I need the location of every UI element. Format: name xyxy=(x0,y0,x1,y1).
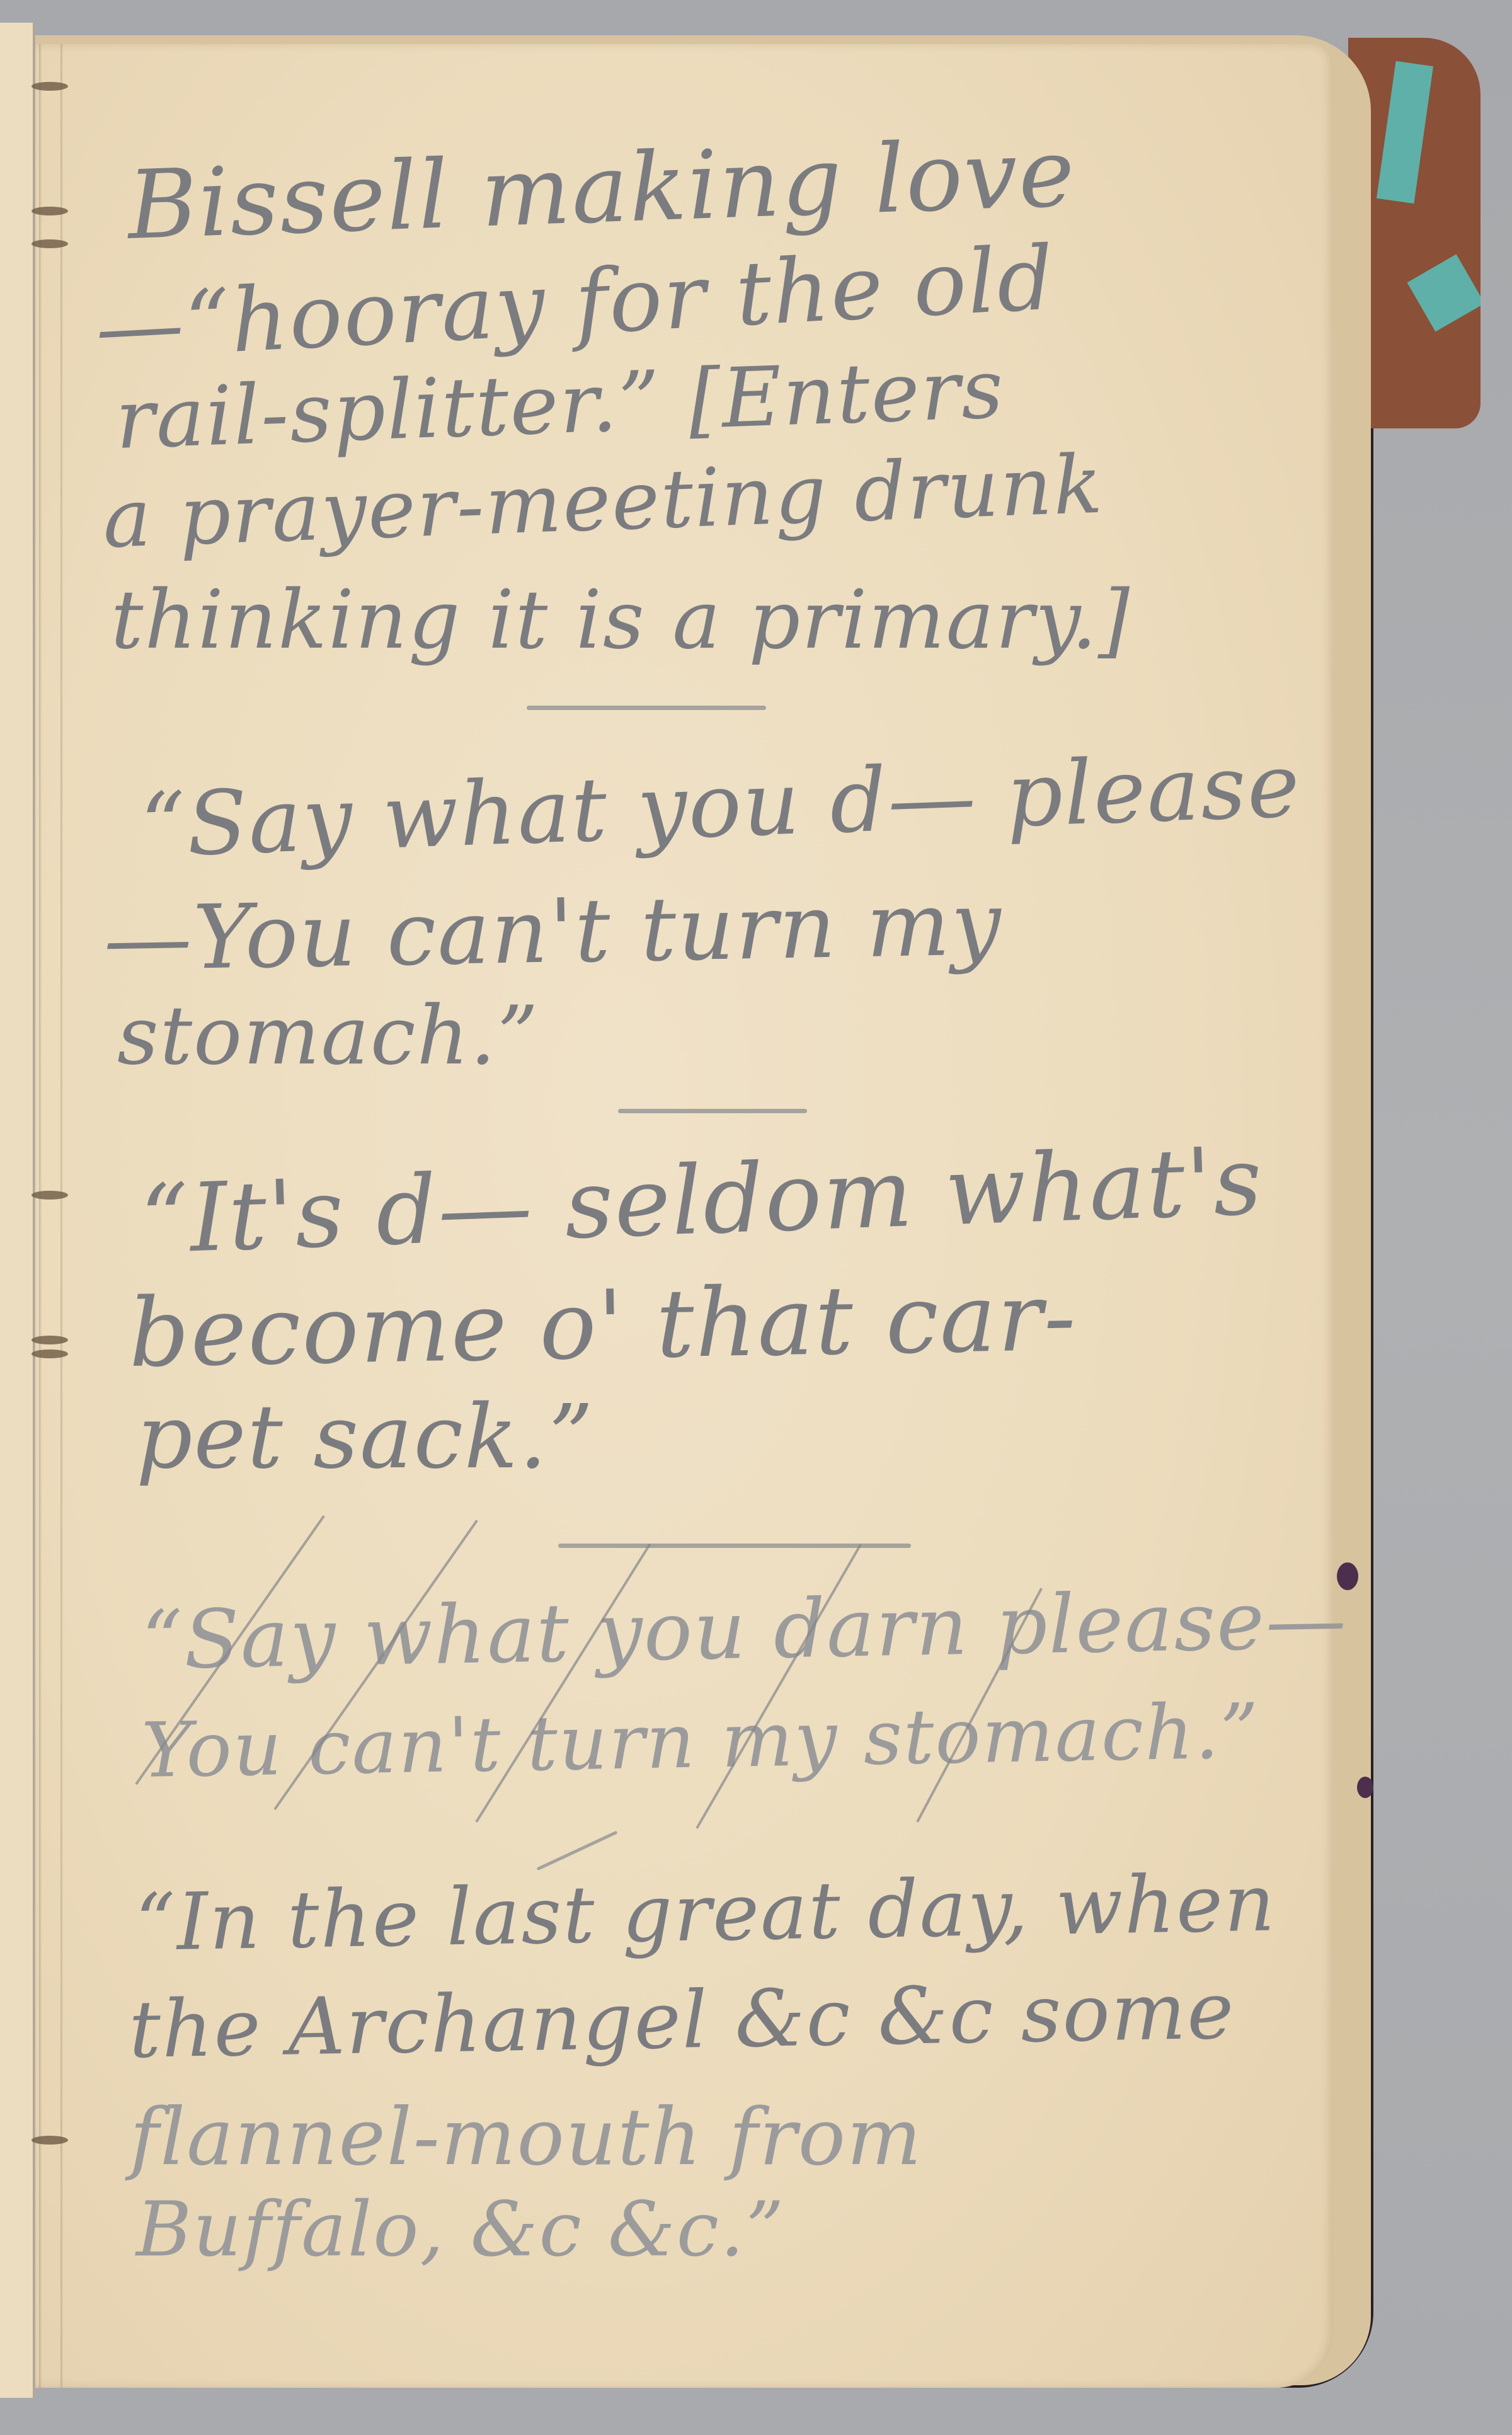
section-divider xyxy=(537,1831,618,1871)
facing-page-edge xyxy=(0,23,34,2398)
entry-5-line-3: flannel-mouth from xyxy=(130,2092,923,2183)
entry-3-line-1: “It's d— seldom what's xyxy=(139,1126,1265,1275)
entry-5-line-2: the Archangel &c &c some xyxy=(128,1965,1235,2076)
entry-2-line-2: —You can't turn my xyxy=(103,873,1003,991)
entry-3-line-2: become o' that car- xyxy=(128,1263,1078,1389)
binding-stitch xyxy=(31,1191,68,1200)
binding-stitch xyxy=(31,1336,68,1344)
entry-5-line-4: Buffalo, &c &c.” xyxy=(136,2186,785,2274)
binding-stitch xyxy=(31,1349,68,1358)
marbled-cover-patch xyxy=(1377,61,1433,203)
scan-background: Bissell making love —“hooray for the old… xyxy=(0,0,1512,2435)
entry-2-line-3: stomach.” xyxy=(117,989,539,1083)
binding-stitch xyxy=(31,2136,68,2145)
ink-blot xyxy=(1357,1777,1373,1798)
entry-5-line-1: “In the last great day, when xyxy=(134,1857,1276,1969)
entry-3-line-3: pet sack.” xyxy=(136,1386,595,1489)
entry-1-line-5: thinking it is a primary.] xyxy=(111,573,1131,667)
section-divider xyxy=(527,706,766,710)
gutter-fold xyxy=(60,44,63,2388)
notebook-page: Bissell making love —“hooray for the old… xyxy=(35,44,1333,2388)
section-divider xyxy=(618,1109,807,1113)
binding-stitch xyxy=(31,239,68,248)
gutter-fold xyxy=(39,44,42,2388)
entry-4-line-2-struck: You can't turn my stomach.” xyxy=(141,1688,1261,1795)
binding-stitch xyxy=(31,82,68,91)
binding-stitch xyxy=(31,207,68,215)
entry-4-line-1-struck: “Say what you darn please— xyxy=(140,1573,1348,1688)
entry-2-line-1: “Say what you d— please xyxy=(139,735,1302,878)
marbled-cover-patch xyxy=(1407,255,1480,332)
